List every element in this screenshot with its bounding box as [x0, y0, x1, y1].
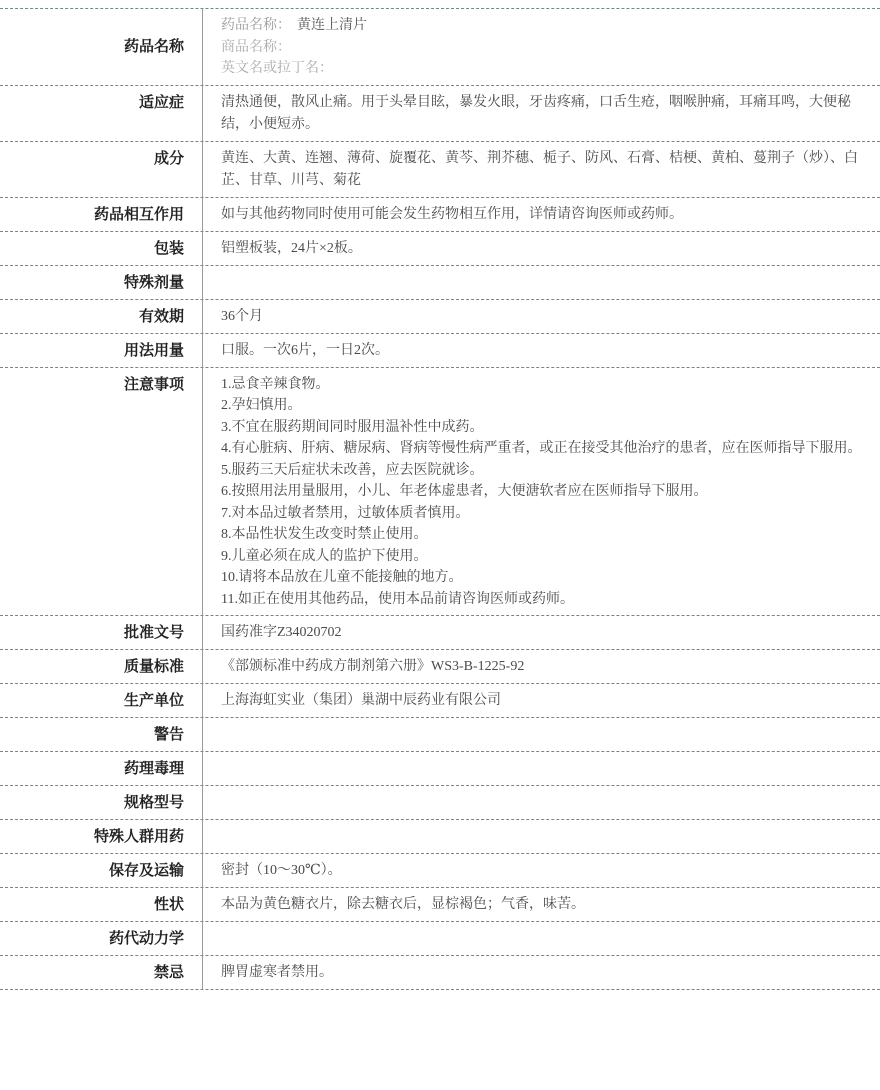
- row-label: 成分: [0, 142, 203, 197]
- note-item: 9.儿童必须在成人的监护下使用。: [221, 546, 862, 568]
- row-value: 铝塑板装，24片×2板。: [203, 232, 880, 265]
- row-value: 药品名称：黄连上清片 商品名称： 英文名或拉丁名：: [203, 9, 880, 85]
- table-row-quality-standard: 质量标准 《部颁标准中药成方制剂第六册》WS3-B-1225-92: [0, 650, 880, 684]
- table-row-special-dosage: 特殊剂量: [0, 266, 880, 300]
- note-item: 7.对本品过敏者禁用，过敏体质者慎用。: [221, 503, 862, 525]
- row-label: 药品名称: [0, 9, 203, 85]
- drug-name-line: 药品名称：黄连上清片: [221, 15, 862, 37]
- row-value: [203, 786, 880, 819]
- table-row-pharmacology: 药理毒理: [0, 752, 880, 786]
- brand-name-line: 商品名称：: [221, 37, 862, 59]
- note-item: 5.服药三天后症状未改善，应去医院就诊。: [221, 460, 862, 482]
- row-label: 药理毒理: [0, 752, 203, 785]
- row-label: 包装: [0, 232, 203, 265]
- row-value: 国药准字Z34020702: [203, 616, 880, 649]
- row-value: 口服。一次6片，一日2次。: [203, 334, 880, 367]
- row-label: 特殊剂量: [0, 266, 203, 299]
- row-value: [203, 752, 880, 785]
- row-value: 本品为黄色糖衣片，除去糖衣后，显棕褐色；气香，味苦。: [203, 888, 880, 921]
- row-label: 用法用量: [0, 334, 203, 367]
- table-row-special-populations: 特殊人群用药: [0, 820, 880, 854]
- row-label: 禁忌: [0, 956, 203, 989]
- table-row-description: 性状 本品为黄色糖衣片，除去糖衣后，显棕褐色；气香，味苦。: [0, 888, 880, 922]
- table-row-approval-number: 批准文号 国药准字Z34020702: [0, 616, 880, 650]
- table-row-contraindications: 禁忌 脾胃虚寒者禁用。: [0, 956, 880, 990]
- row-label: 注意事项: [0, 368, 203, 616]
- table-row-drug-name: 药品名称 药品名称：黄连上清片 商品名称： 英文名或拉丁名：: [0, 9, 880, 86]
- row-label: 生产单位: [0, 684, 203, 717]
- row-value: [203, 922, 880, 955]
- row-label: 批准文号: [0, 616, 203, 649]
- row-value: [203, 266, 880, 299]
- row-label: 有效期: [0, 300, 203, 333]
- note-item: 11.如正在使用其他药品，使用本品前请咨询医师或药师。: [221, 589, 862, 611]
- note-item: 6.按照用法用量服用，小儿、年老体虚患者，大便溏软者应在医师指导下服用。: [221, 481, 862, 503]
- drug-name-prefix: 药品名称：: [221, 18, 291, 33]
- row-label: 保存及运输: [0, 854, 203, 887]
- note-item: 1.忌食辛辣食物。: [221, 374, 862, 396]
- table-row-manufacturer: 生产单位 上海海虹实业（集团）巢湖中辰药业有限公司: [0, 684, 880, 718]
- row-label: 警告: [0, 718, 203, 751]
- table-row-packaging: 包装 铝塑板装，24片×2板。: [0, 232, 880, 266]
- row-label: 药品相互作用: [0, 198, 203, 231]
- table-row-interactions: 药品相互作用 如与其他药物同时使用可能会发生药物相互作用，详情请咨询医师或药师。: [0, 198, 880, 232]
- latin-name-line: 英文名或拉丁名：: [221, 58, 862, 80]
- row-label: 规格型号: [0, 786, 203, 819]
- row-value: 黄连、大黄、连翘、薄荷、旋覆花、黄芩、荆芥穗、栀子、防风、石膏、桔梗、黄柏、蔓荆…: [203, 142, 880, 197]
- table-row-precautions: 注意事项 1.忌食辛辣食物。2.孕妇慎用。3.不宜在服药期间同时服用温补性中成药…: [0, 368, 880, 617]
- row-label: 适应症: [0, 86, 203, 141]
- row-label: 药代动力学: [0, 922, 203, 955]
- table-row-shelf-life: 有效期 36个月: [0, 300, 880, 334]
- note-item: 8.本品性状发生改变时禁止使用。: [221, 524, 862, 546]
- drug-name-value: 黄连上清片: [291, 18, 367, 33]
- table-row-warning: 警告: [0, 718, 880, 752]
- row-value: 《部颁标准中药成方制剂第六册》WS3-B-1225-92: [203, 650, 880, 683]
- table-row-specification: 规格型号: [0, 786, 880, 820]
- row-value: 密封（10～30℃）。: [203, 854, 880, 887]
- table-row-ingredients: 成分 黄连、大黄、连翘、薄荷、旋覆花、黄芩、荆芥穗、栀子、防风、石膏、桔梗、黄柏…: [0, 142, 880, 198]
- table-row-pharmacokinetics: 药代动力学: [0, 922, 880, 956]
- note-item: 2.孕妇慎用。: [221, 395, 862, 417]
- row-value: 脾胃虚寒者禁用。: [203, 956, 880, 989]
- note-item: 4.有心脏病、肝病、糖尿病、肾病等慢性病严重者，或正在接受其他治疗的患者，应在医…: [221, 438, 862, 460]
- row-value: 1.忌食辛辣食物。2.孕妇慎用。3.不宜在服药期间同时服用温补性中成药。4.有心…: [203, 368, 880, 616]
- row-value: 36个月: [203, 300, 880, 333]
- row-value: 清热通便，散风止痛。用于头晕目眩，暴发火眼，牙齿疼痛，口舌生疮，咽喉肿痛，耳痛耳…: [203, 86, 880, 141]
- row-label: 特殊人群用药: [0, 820, 203, 853]
- drug-info-table: 药品名称 药品名称：黄连上清片 商品名称： 英文名或拉丁名： 适应症 清热通便，…: [0, 8, 880, 990]
- table-row-indications: 适应症 清热通便，散风止痛。用于头晕目眩，暴发火眼，牙齿疼痛，口舌生疮，咽喉肿痛…: [0, 86, 880, 142]
- row-label: 性状: [0, 888, 203, 921]
- row-value: [203, 820, 880, 853]
- row-value: 上海海虹实业（集团）巢湖中辰药业有限公司: [203, 684, 880, 717]
- note-item: 3.不宜在服药期间同时服用温补性中成药。: [221, 417, 862, 439]
- table-row-dosage: 用法用量 口服。一次6片，一日2次。: [0, 334, 880, 368]
- table-row-storage: 保存及运输 密封（10～30℃）。: [0, 854, 880, 888]
- note-item: 10.请将本品放在儿童不能接触的地方。: [221, 567, 862, 589]
- row-label: 质量标准: [0, 650, 203, 683]
- row-value: 如与其他药物同时使用可能会发生药物相互作用，详情请咨询医师或药师。: [203, 198, 880, 231]
- row-value: [203, 718, 880, 751]
